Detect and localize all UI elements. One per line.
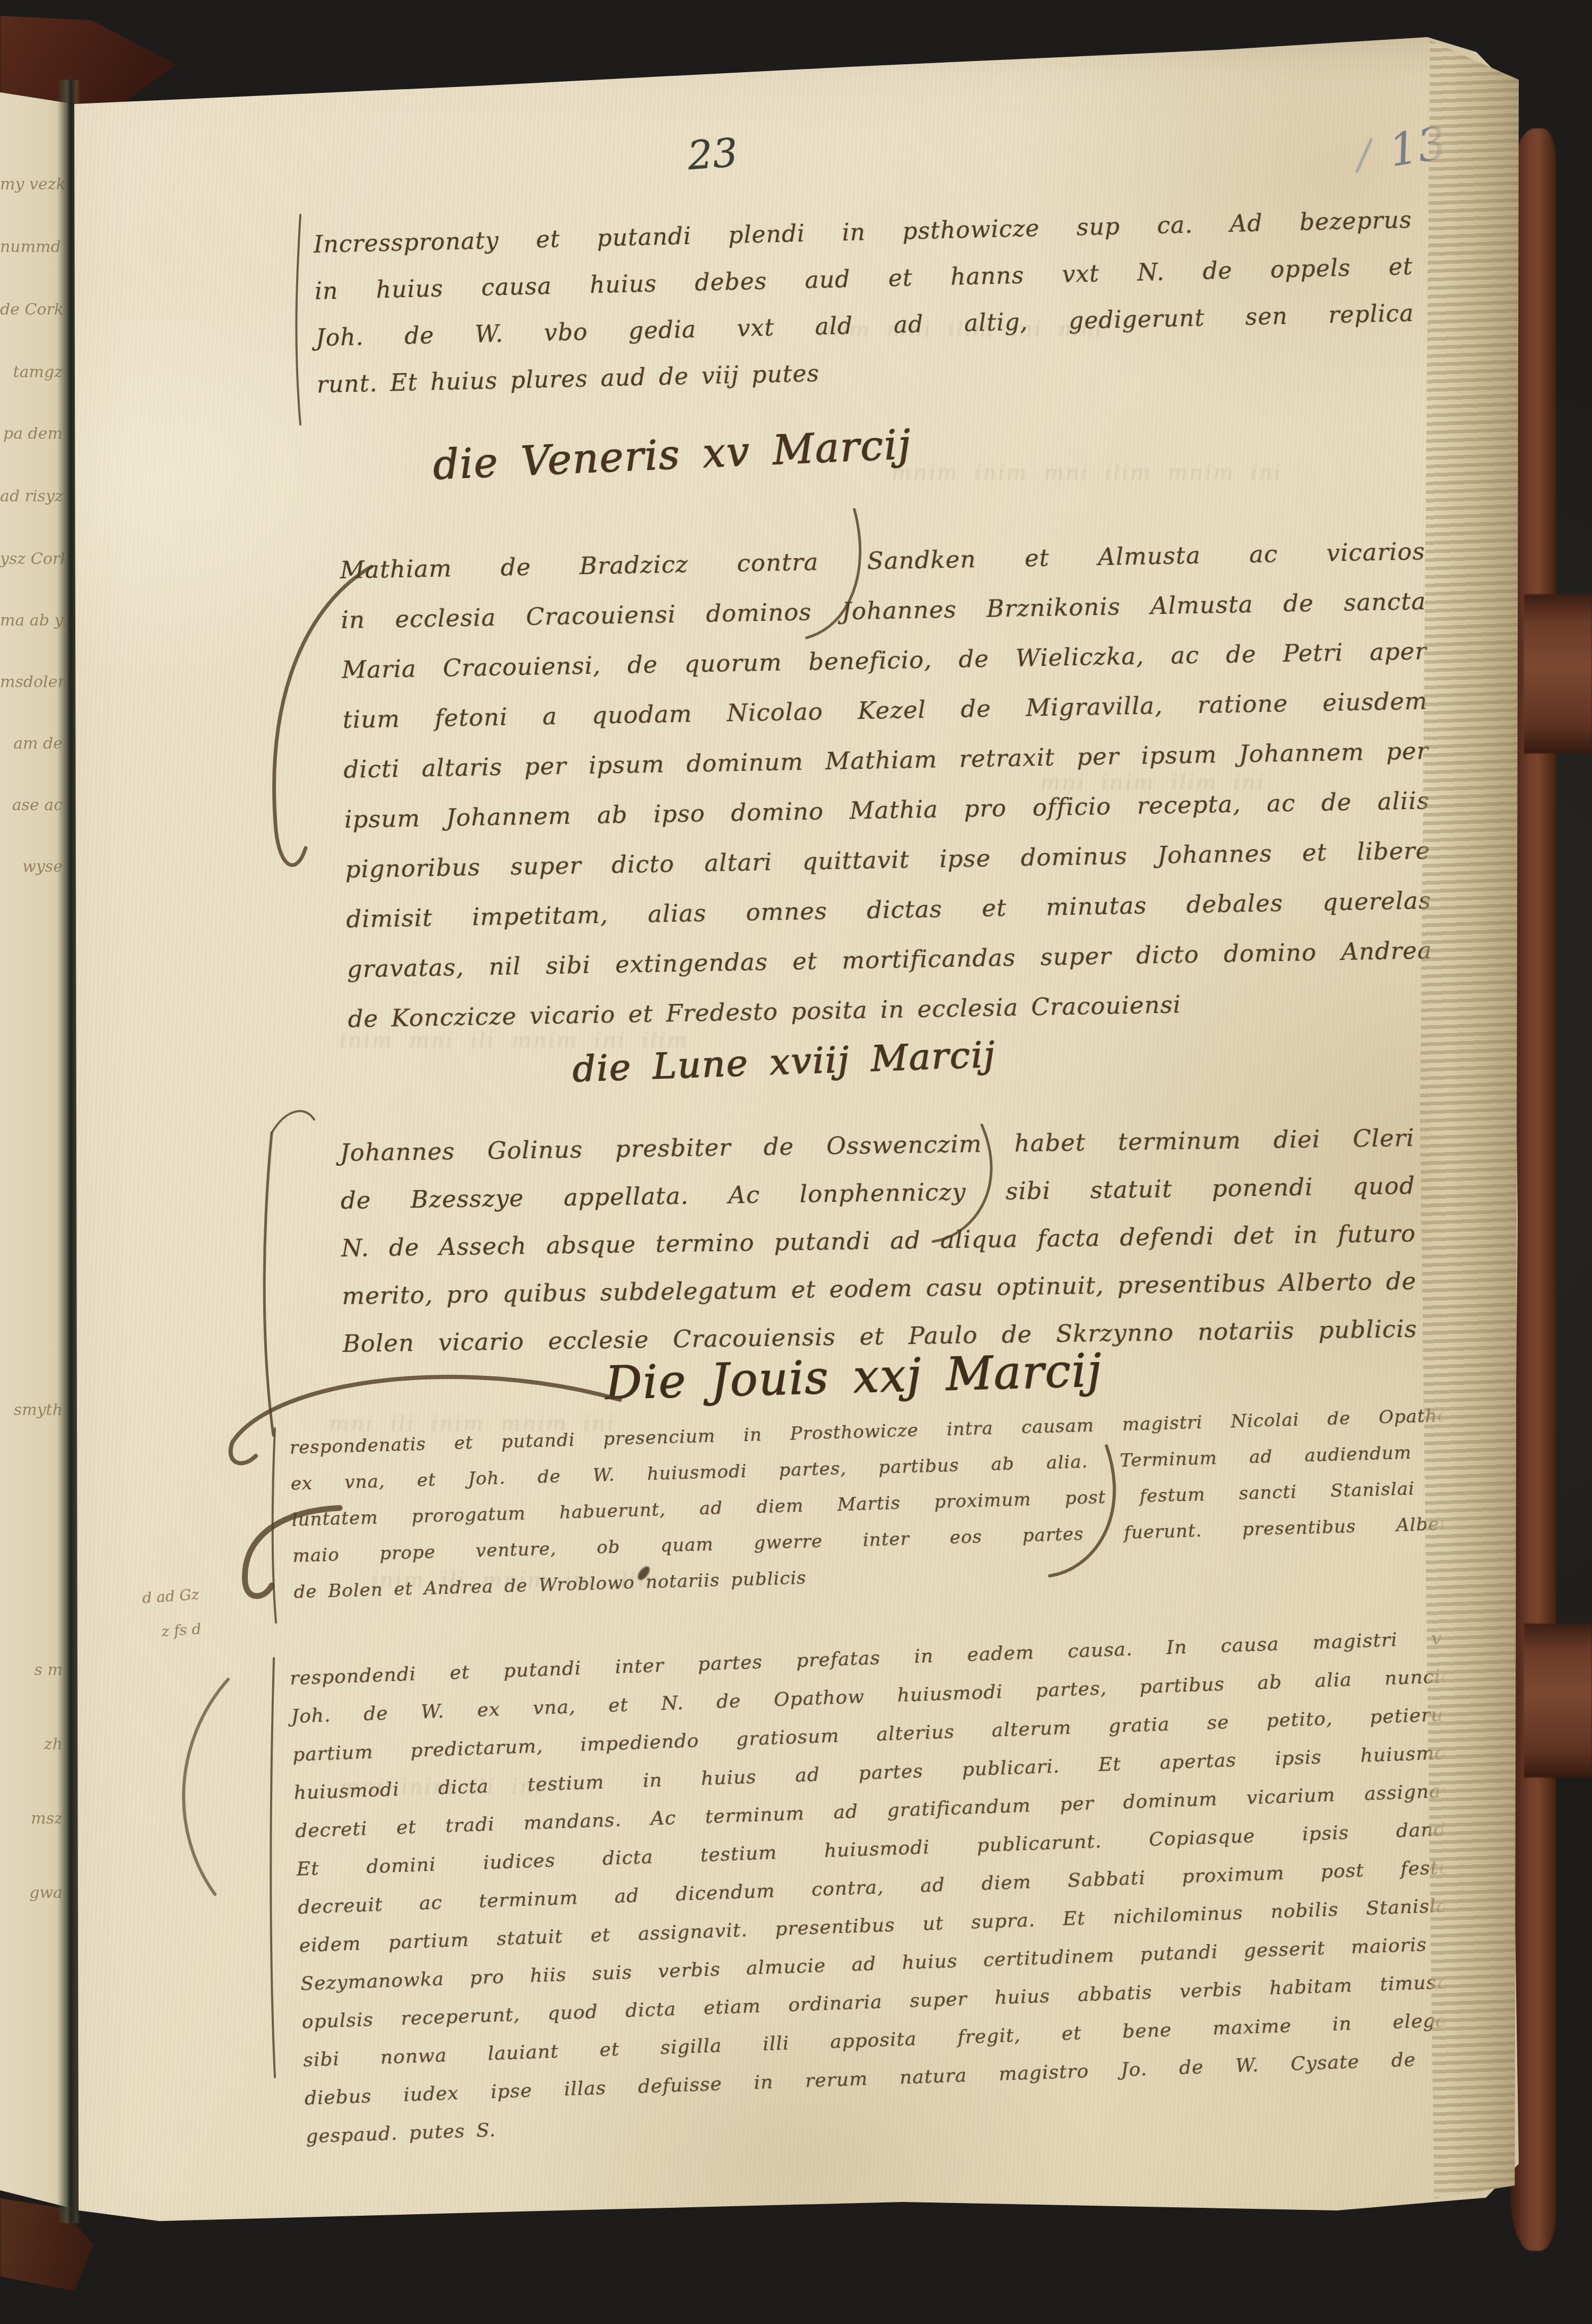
book-scan: my vezk ding nummd find de Corke tamgz p… (0, 0, 1592, 2324)
heading-entry-date-friday: die Veneris xv Marcij (431, 420, 912, 488)
facing-page-fragment: tamgz (0, 363, 65, 381)
facing-page-fragment: ysz Corke (0, 550, 65, 568)
leather-strap-bottom (1524, 1624, 1592, 1777)
record-paragraph: respondendi et putandi inter partes pref… (289, 1619, 1478, 2156)
facing-page-fragment: de Corke (0, 300, 65, 319)
facing-page-fragment: am de (0, 734, 65, 753)
facing-page-fragment: ase ac (0, 796, 65, 814)
show-through-line: mnim inim mni ilim mnim ini (892, 461, 1348, 485)
facing-page-fragment: smyth (0, 1401, 65, 1419)
record-paragraph: Mathiam de Bradzicz contra Sandken et Al… (340, 526, 1433, 1044)
margin-note: z fs d (161, 1620, 202, 1640)
record-paragraph: Johannes Golinus presbiter de Osswenczim… (340, 1114, 1417, 1368)
facing-page-fragment: zh (0, 1735, 65, 1754)
facing-page-fragment: ma ab ysd (0, 611, 65, 630)
facing-page-fragment: nummd find (0, 238, 65, 256)
facing-page-fragment: my vezk ding (0, 175, 65, 194)
facing-page-fragment: msdolens (0, 673, 65, 691)
record-paragraph: respondenatis et putandi presencium in P… (289, 1397, 1469, 1610)
facing-page-fragment: wyse (0, 857, 65, 876)
facing-page-fragment: ad risyzweg (0, 487, 65, 506)
facing-page-fragment: msz (0, 1809, 65, 1828)
facing-page-fragment: gwa (0, 1884, 65, 1902)
leather-strap-top (1524, 594, 1592, 753)
pencil-stroke (1355, 138, 1373, 173)
margin-note: d ad Gz (142, 1585, 200, 1607)
facing-page-fragment: s m (0, 1661, 65, 1679)
page-edge-stack (1418, 32, 1519, 2207)
manuscript-page: inim mni ilim ini mni mnim inim mni ilim… (0, 0, 1592, 2324)
record-paragraph: Incresspronaty et putandi plendi in psth… (313, 197, 1415, 409)
folio-number-ink: 23 (686, 130, 739, 179)
facing-page-fragment: pa dem (0, 424, 65, 443)
